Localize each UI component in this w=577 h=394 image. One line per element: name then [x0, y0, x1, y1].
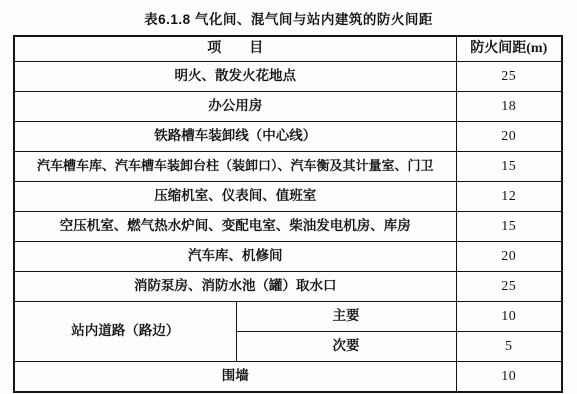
table-row-compressor: 压缩机室、仪表间、值班室 12: [14, 182, 562, 212]
table-header-row: 项 目 防火间距(m): [14, 36, 562, 62]
value-cell: 15: [456, 212, 562, 242]
table-row-wall: 围墙 10: [14, 362, 562, 393]
value-cell: 20: [456, 242, 562, 272]
table-title: 表6.1.8 气化间、混气间与站内建筑的防火间距: [0, 0, 577, 28]
table-row-office: 办公用房 18: [14, 92, 562, 122]
header-item: 项 目: [14, 36, 456, 62]
header-distance: 防火间距(m): [456, 36, 562, 62]
item-cell: 汽车槽车库、汽车槽车装卸台柱（装卸口）、汽车衡及其计量室、门卫: [14, 152, 456, 182]
table-row-air-compressor: 空压机室、燃气热水炉间、变配电室、柴油发电机房、库房 15: [14, 212, 562, 242]
value-cell: 10: [456, 302, 562, 332]
item-cell: 围墙: [14, 362, 456, 393]
item-cell: 办公用房: [14, 92, 456, 122]
table-row-truck-loading: 汽车槽车库、汽车槽车装卸台柱（装卸口）、汽车衡及其计量室、门卫 15: [14, 152, 562, 182]
value-cell: 15: [456, 152, 562, 182]
item-cell: 汽车库、机修间: [14, 242, 456, 272]
value-cell: 20: [456, 122, 562, 152]
document-page: 表6.1.8 气化间、混气间与站内建筑的防火间距 项 目 防火间距(m) 明火、…: [0, 0, 577, 394]
item-cell: 压缩机室、仪表间、值班室: [14, 182, 456, 212]
fire-distance-table: 项 目 防火间距(m) 明火、散发火花地点 25 办公用房 18 铁路槽车装卸线…: [13, 35, 563, 393]
road-sub-cell: 主要: [236, 302, 456, 332]
road-sub-cell: 次要: [236, 332, 456, 362]
table-row-open-fire: 明火、散发火花地点 25: [14, 62, 562, 92]
value-cell: 18: [456, 92, 562, 122]
value-cell: 12: [456, 182, 562, 212]
value-cell: 10: [456, 362, 562, 393]
table-row-fire-pump: 消防泵房、消防水池（罐）取水口 25: [14, 272, 562, 302]
table-row-garage: 汽车库、机修间 20: [14, 242, 562, 272]
table-row-road-main: 站内道路（路边） 主要 10: [14, 302, 562, 332]
table-row-rail-loading: 铁路槽车装卸线（中心线） 20: [14, 122, 562, 152]
item-cell: 明火、散发火花地点: [14, 62, 456, 92]
value-cell: 25: [456, 62, 562, 92]
item-cell: 消防泵房、消防水池（罐）取水口: [14, 272, 456, 302]
value-cell: 5: [456, 332, 562, 362]
item-cell: 铁路槽车装卸线（中心线）: [14, 122, 456, 152]
road-group-cell: 站内道路（路边）: [14, 302, 236, 362]
value-cell: 25: [456, 272, 562, 302]
item-cell: 空压机室、燃气热水炉间、变配电室、柴油发电机房、库房: [14, 212, 456, 242]
